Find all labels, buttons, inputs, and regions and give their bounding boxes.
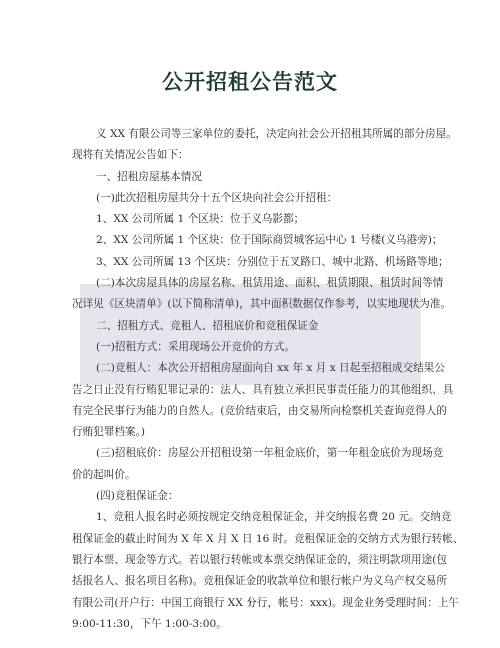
list-item: 2、XX 公司所属 1 个区块：位于国际商贸城客运中心 1 号楼(义乌港旁)； (72, 230, 424, 251)
subsection-line: 告之日止没有行贿犯罪记录的：法人、具有独立承担民事责任能力的其他组织、具 (72, 380, 424, 401)
subsection-line: (三)招租底价：房屋公开招租设第一年租金底价，第一年租金底价为现场竞 (72, 443, 424, 464)
subsection-line: (一)此次招租房屋共分十五个区块向社会公开招租： (72, 188, 424, 209)
page-number: 1 (0, 599, 500, 608)
subsection-line: 有完全民事行为能力的自然人。(竞价结束后，由交易所向检察机关查询竞得人的 (72, 401, 424, 422)
subsection-line: 行贿犯罪档案。) (72, 422, 424, 443)
subsection-line: 况详见《区块清单》(以下简称清单)，其中面积数据仅作参考，以实地现状为准。 (72, 294, 424, 315)
subsection-line: (一)招租方式：采用现场公开竞价的方式。 (72, 337, 424, 358)
list-item: 3、XX 公司所属 13 个区块：分别位于五叉路口、城中北路、机场路等地； (72, 252, 424, 273)
section-heading: 二、招租方式、竞租人、招租底价和竞租保证金 (72, 316, 424, 337)
list-item: 括报名人、报名项目名称)。竞租保证金的收款单位和银行帐户为义乌产权交易所 (72, 571, 424, 592)
section-heading: 一、招租房屋基本情况 (72, 167, 424, 188)
subsection-line: (四)竞租保证金： (72, 486, 424, 507)
paragraph-intro-line: 义 XX 有限公司等三家单位的委托，决定向社会公开招租其所属的部分房屋。 (72, 124, 424, 145)
list-item: 9:00-11:30，下午 1:00-3:00。 (72, 614, 424, 635)
subsection-line: 价的起叫价。 (72, 465, 424, 486)
list-item: 租保证金的截止时间为 X 年 X 月 X 日 16 时。竞租保证金的交纳方式为银… (72, 529, 424, 550)
list-item: 1、竞租人报名时必须按规定交纳竞租保证金，并交纳报名费 20 元。交纳竞 (72, 507, 424, 528)
subsection-line: (二)本次房屋具体的房屋名称、租赁用途、面积、租赁期限、租赁时间等情 (72, 273, 424, 294)
list-item: 1、XX 公司所属 1 个区块：位于义乌影都； (72, 209, 424, 230)
list-item: 银行本票、现金等方式。若以银行转帐或本票交纳保证金的，须注明款项用途(包 (72, 550, 424, 571)
subsection-line: (二)竞租人：本次公开招租房屋面向自 xx 年 x 月 x 日起至招租成交结果公 (72, 358, 424, 379)
document-body: 义 XX 有限公司等三家单位的委托，决定向社会公开招租其所属的部分房屋。 现将有… (72, 124, 424, 635)
document-title: 公开招租公告范文 (0, 66, 500, 96)
paragraph-intro-line: 现将有关情况公告如下： (72, 145, 424, 166)
